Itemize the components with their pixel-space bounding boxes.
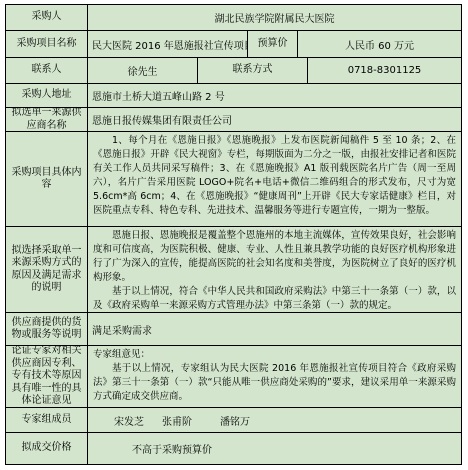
expert-opinion-paragraph: 基于以上情况，专家组认为民大医院 2016 年恩施报社宣传项目符合《政府采购法》… bbox=[93, 362, 456, 404]
expert-name-2: 张甫阶 bbox=[162, 413, 192, 428]
contact-label: 联系人 bbox=[6, 58, 88, 83]
purchaser-label: 采购人 bbox=[6, 5, 88, 30]
expert-opinion-heading: 专家组意见： bbox=[93, 348, 456, 362]
procurement-table: 采购人 湖北民族学院附属民大医院 采购项目名称 民大医院 2016 年恩施报社宣… bbox=[5, 4, 462, 465]
price-label: 拟成交价格 bbox=[6, 433, 88, 464]
row-project: 采购项目名称 民大医院 2016 年恩施报社宣传项目 预算价 人民币 60 万元 bbox=[6, 31, 461, 58]
row-reason: 拟选择采取单一来源采购方式的原因及满足需求的说明 恩施日报、恩施晚报是覆盖整个恩… bbox=[6, 227, 461, 313]
project-label: 采购项目名称 bbox=[6, 31, 88, 57]
reason-label: 拟选择采取单一来源采购方式的原因及满足需求的说明 bbox=[6, 227, 88, 312]
expert-opinion-value: 专家组意见： 基于以上情况，专家组认为民大医院 2016 年恩施报社宣传项目符合… bbox=[88, 346, 461, 407]
reason-value: 恩施日报、恩施晚报是覆盖整个恩施州的本地主流媒体，宣传效果良好，社会影响度和可信… bbox=[88, 227, 461, 312]
supplier-value: 恩施日报传媒集团有限责任公司 bbox=[88, 108, 461, 131]
address-label: 采购人地址 bbox=[6, 84, 88, 107]
row-address: 采购人地址 恩施市土桥大道五峰山路 2 号 bbox=[6, 84, 461, 108]
experts-value: 宋发芝 张甫阶 潘铭万 bbox=[88, 408, 461, 432]
reason-paragraph-2: 基于以上情况，符合《中华人民共和国政府采购法》中第三十一条第（一）款，以及《政府… bbox=[93, 285, 456, 312]
contact-value: 徐先生 bbox=[88, 58, 198, 83]
budget-label: 预算价 bbox=[248, 31, 298, 57]
content-label: 采购项目具体内容 bbox=[6, 132, 88, 226]
row-purchaser: 采购人 湖北民族学院附属民大医院 bbox=[6, 5, 461, 31]
expert-name-3: 潘铭万 bbox=[220, 413, 250, 428]
row-content: 采购项目具体内容 1、每个月在《恩施日报》《恩施晚报》上发布医院新闻稿件 5 至… bbox=[6, 132, 461, 227]
row-supplier: 拟选单一来源供应商名称 恩施日报传媒集团有限责任公司 bbox=[6, 108, 461, 132]
price-value: 不高于采购预算价 bbox=[88, 433, 461, 464]
address-value: 恩施市土桥大道五峰山路 2 号 bbox=[88, 84, 461, 107]
row-expert-opinion: 论证专家对相关供应商因专利、专有技术等原因具有唯一性的具体论证意见 专家组意见：… bbox=[6, 346, 461, 408]
project-value: 民大医院 2016 年恩施报社宣传项目 bbox=[88, 31, 248, 57]
experts-label: 专家组成员 bbox=[6, 408, 88, 432]
supply-note-value: 满足采购需求 bbox=[88, 313, 461, 345]
supplier-label: 拟选单一来源供应商名称 bbox=[6, 108, 88, 131]
content-paragraph: 1、每个月在《恩施日报》《恩施晚报》上发布医院新闻稿件 5 至 10 条；2、在… bbox=[93, 134, 456, 218]
supply-note-label: 供应商提供的货物或服务等说明 bbox=[6, 313, 88, 345]
expert-name-1: 宋发芝 bbox=[114, 413, 144, 428]
experts-names: 宋发芝 张甫阶 潘铭万 bbox=[92, 413, 250, 428]
contact-method-value: 0718-8301125 bbox=[308, 58, 461, 83]
row-experts: 专家组成员 宋发芝 张甫阶 潘铭万 bbox=[6, 408, 461, 433]
contact-method-label: 联系方式 bbox=[198, 58, 308, 83]
purchaser-value: 湖北民族学院附属民大医院 bbox=[88, 5, 461, 30]
content-value: 1、每个月在《恩施日报》《恩施晚报》上发布医院新闻稿件 5 至 10 条；2、在… bbox=[88, 132, 461, 226]
budget-value: 人民币 60 万元 bbox=[298, 31, 461, 57]
row-supply-note: 供应商提供的货物或服务等说明 满足采购需求 bbox=[6, 313, 461, 346]
expert-opinion-label: 论证专家对相关供应商因专利、专有技术等原因具有唯一性的具体论证意见 bbox=[6, 346, 88, 407]
row-contact: 联系人 徐先生 联系方式 0718-8301125 bbox=[6, 58, 461, 84]
row-price: 拟成交价格 不高于采购预算价 bbox=[6, 433, 461, 464]
reason-paragraph-1: 恩施日报、恩施晚报是覆盖整个恩施州的本地主流媒体，宣传效果良好，社会影响度和可信… bbox=[93, 229, 456, 285]
